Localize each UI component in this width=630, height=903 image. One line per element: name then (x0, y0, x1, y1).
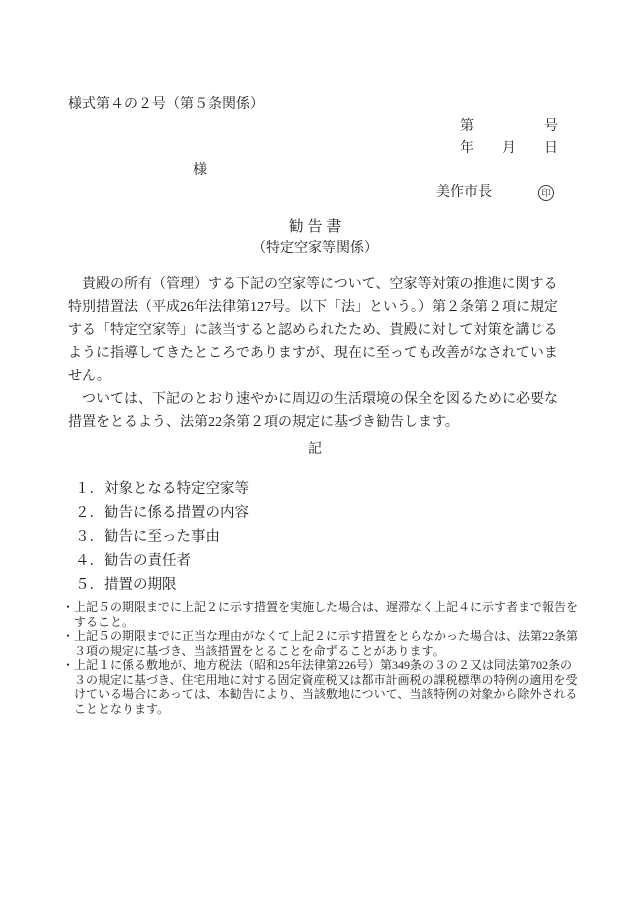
addressee-line: 様 (68, 160, 562, 182)
title-block: 勧 告 書 （特定空家等関係） (68, 216, 562, 260)
notes-section: ・上記５の期限までに上記２に示す措置を実施した場合は、遅滞なく上記４に示す者まで… (62, 600, 607, 716)
issuer-line: 美作市長 印 (68, 182, 562, 204)
form-number: 様式第４の２号（第５条関係） (68, 94, 562, 116)
mayor-name: 美作市長 (436, 182, 492, 204)
paragraph-2: ついては、下記のとおり速やかに周辺の生活環境の保全を図るために必要な 措置をとる… (68, 388, 562, 434)
record-list: １．対象となる特定空家等 ２．勧告に係る措置の内容 ３．勧告に至った事由 ４．勧… (68, 477, 562, 597)
document-page: 様式第４の２号（第５条関係） 第 号 年 月 日 様 美作市長 印 勧 告 書 … (0, 0, 630, 903)
paragraph-1: 貴殿の所有（管理）する下記の空家等について、空家等対策の推進に関する 特別措置法… (68, 273, 562, 388)
seal-icon: 印 (538, 185, 554, 201)
list-item-reason: ３．勧告に至った事由 (75, 525, 562, 549)
list-item-measures: ２．勧告に係る措置の内容 (75, 501, 562, 525)
seal-character: 印 (541, 189, 550, 198)
addressee-suffix: 様 (193, 163, 207, 178)
record-marker: 記 (68, 439, 562, 461)
doc-title: 勧 告 書 (68, 216, 562, 238)
doc-number-line: 第 号 (68, 116, 562, 138)
doc-subtitle: （特定空家等関係） (68, 238, 562, 260)
note-item-report: ・上記５の期限までに上記２に示す措置を実施した場合は、遅滞なく上記４に示す者まで… (62, 600, 607, 629)
note-item-tax: ・上記１に係る敷地が、地方税法（昭和25年法律第226号）第349条の３の２又は… (62, 658, 607, 716)
date-line: 年 月 日 (68, 138, 562, 160)
list-item-target-house: １．対象となる特定空家等 (75, 477, 562, 501)
list-item-deadline: ５．措置の期限 (75, 573, 562, 597)
document-header: 様式第４の２号（第５条関係） 第 号 年 月 日 様 美作市長 印 (68, 94, 562, 204)
body-text: 貴殿の所有（管理）する下記の空家等について、空家等対策の推進に関する 特別措置法… (68, 273, 562, 434)
list-item-responsible-person: ４．勧告の責任者 (75, 549, 562, 573)
note-item-order: ・上記５の期限までに正当な理由がなくて上記２に示す措置をとらなかった場合は、法第… (62, 629, 607, 658)
